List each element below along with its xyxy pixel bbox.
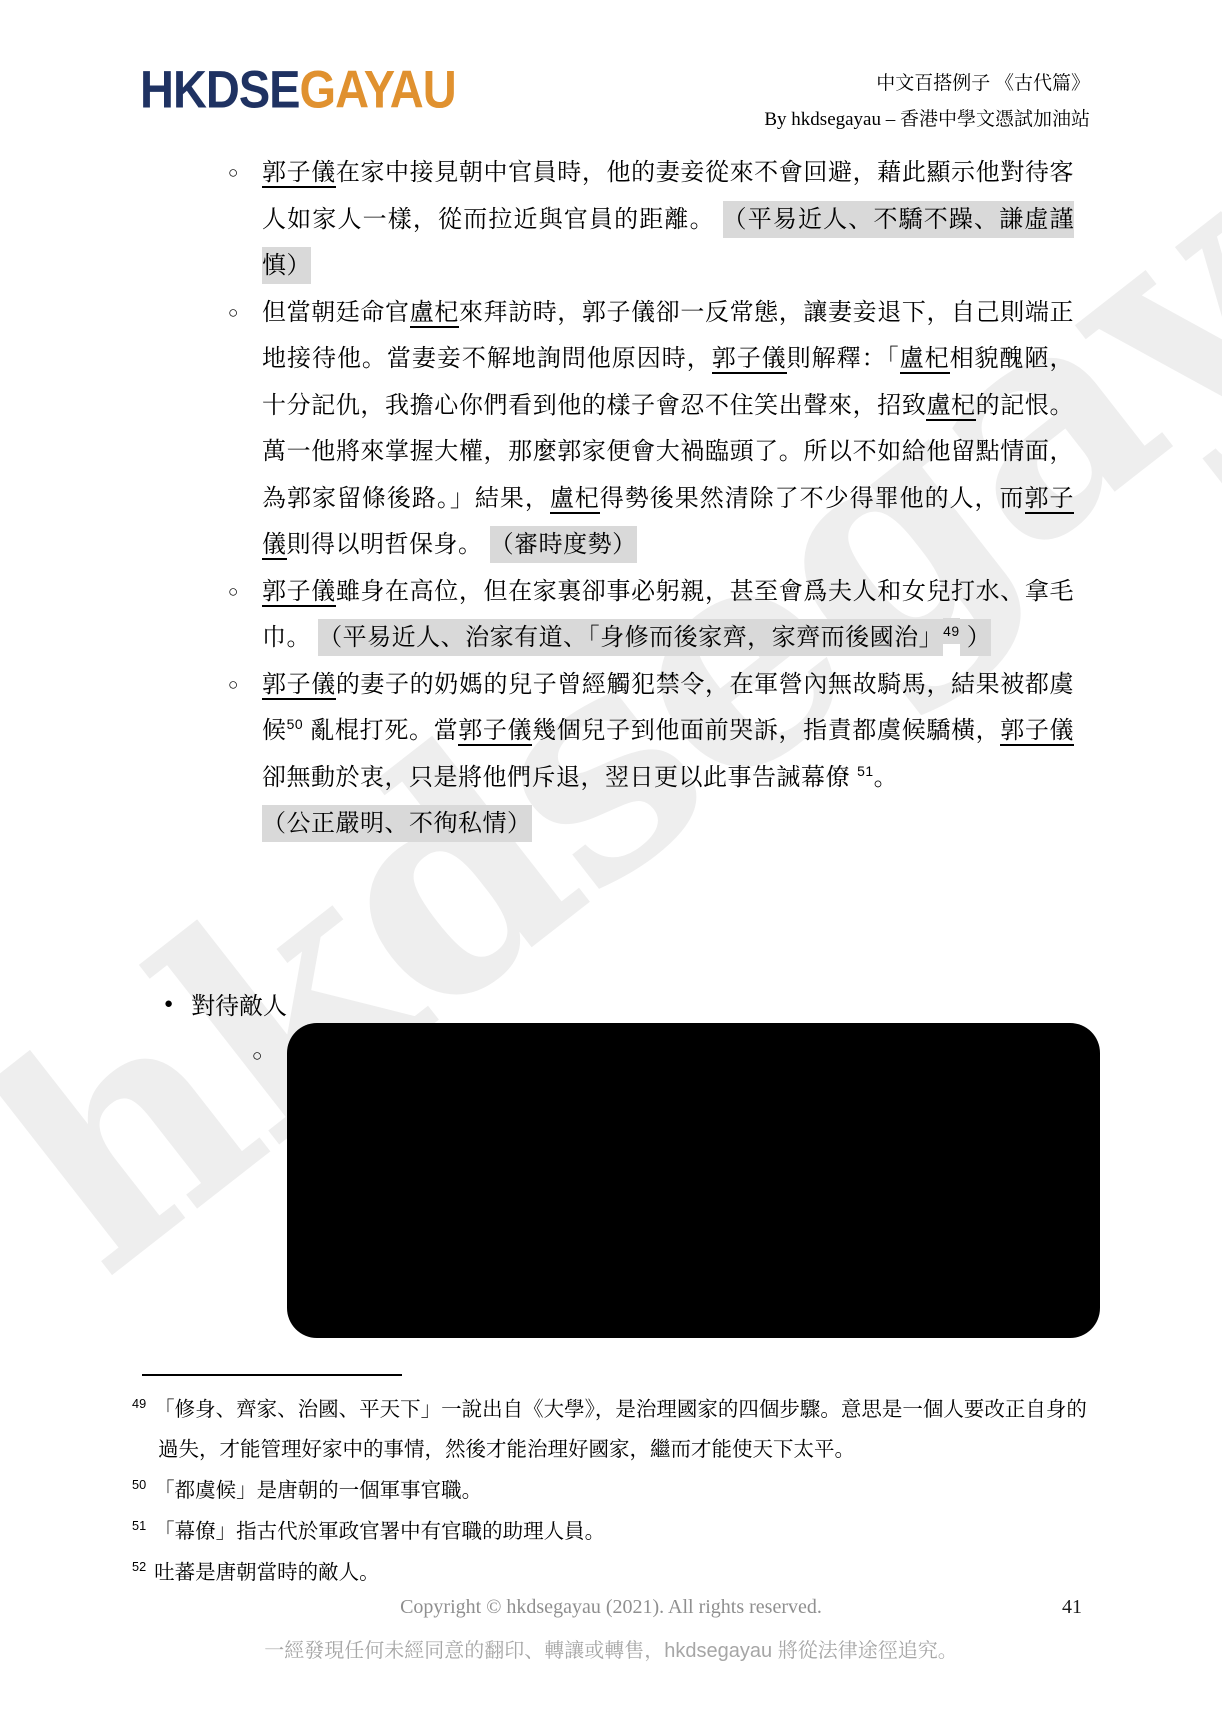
footnote-52: 52吐蕃是唐朝當時的敵人。 [132,1553,1092,1593]
redacted-content-box [287,1023,1100,1338]
doc-title: 中文百搭例子 《古代篇》 [764,66,1090,102]
document-page: hkdsegayau HKDSEGAYAU 中文百搭例子 《古代篇》 By hk… [0,0,1222,1732]
filled-bullet-icon: ● [164,995,173,1012]
text-run: 郭子儀 [712,345,787,374]
text-run: 盧杞 [410,299,459,328]
brand-logo: HKDSEGAYAU [140,58,456,120]
footnote-number: 51 [132,1518,146,1533]
bullet-item: ○但當朝廷命官盧杞來拜訪時，郭子儀卻一反常態，讓妻妾退下，自己則端正地接待他。當… [228,290,1074,569]
text-run: 郭子儀 [262,671,336,700]
bullet-text: 郭子儀在家中接見朝中官員時，他的妻妾從來不會回避，藉此顯示他對待客人如家人一樣，… [262,150,1074,290]
text-run: 。 [874,764,899,791]
footnote-number: 50 [132,1477,146,1492]
doc-subtitle: By hkdsegayau – 香港中學文憑試加油站 [764,102,1090,138]
bullet-item: ○郭子儀在家中接見朝中官員時，他的妻妾從來不會回避，藉此顯示他對待客人如家人一樣… [228,150,1074,290]
text-run: 盧杞 [550,485,600,514]
footnote-text: 「修身、齊家、治國、平天下」一說出自《大學》，是治理國家的四個步驟。意思是一個人… [154,1398,1087,1461]
text-run: 卻無動於衷，只是將他們斥退，翌日更以此事告誡幕僚 [262,764,857,791]
text-run: 郭子儀 [262,159,336,188]
text-run: 51 [857,763,873,779]
bullet-text: 郭子儀的妻子的奶媽的兒子曾經觸犯禁令，在軍營內無故騎馬，結果被都虞候50 亂棍打… [262,662,1074,848]
bullet-text: 但當朝廷命官盧杞來拜訪時，郭子儀卻一反常態，讓妻妾退下，自己則端正地接待他。當妻… [262,290,1074,569]
page-number: 41 [1062,1596,1082,1619]
text-run: 亂棍打死。當 [303,717,458,744]
text-run: 郭子儀 [1000,717,1074,746]
circle-bullet-icon: ○ [228,569,262,662]
text-run: 得勢後果然清除了不少得罪他的人，而 [600,485,1025,512]
text-run: 郭子儀 [458,717,532,746]
footnotes: 49「修身、齊家、治國、平天下」一說出自《大學》，是治理國家的四個步驟。意思是一… [132,1390,1092,1594]
text-run: 49 [943,618,959,644]
footnote-text: 「都虞候」是唐朝的一個軍事官職。 [154,1479,482,1502]
bullet-item: ○郭子儀雖身在高位，但在家裏卻事必躬親，甚至會爲夫人和女兒打水、拿毛巾。 （平易… [228,569,1074,662]
copyright-text: Copyright © hkdsegayau (2021). All right… [0,1596,1222,1619]
circle-bullet-icon: ○ [228,290,262,569]
text-run: 則得以明哲保身。 [287,531,490,558]
text-run: （公正嚴明、不徇私情） [262,805,532,842]
text-run: （平易近人、治家有道、「身修而後家齊，家齊而後國治」 [318,619,943,656]
footnote-51: 51「幕僚」指古代於軍政官署中有官職的助理人員。 [132,1512,1092,1552]
circle-bullet-icon: ○ [228,662,262,848]
text-run: 則解釋：「 [787,345,900,372]
text-run: 盧杞 [926,392,975,421]
logo-primary: HKDSE [140,59,300,118]
circle-bullet-icon: ○ [252,1046,262,1066]
text-run: 幾個兒子到他面前哭訴，指責都虞候驕橫， [532,717,1000,744]
footnote-49: 49「修身、齊家、治國、平天下」一說出自《大學》，是治理國家的四個步驟。意思是一… [132,1390,1092,1470]
section-duidai-diren: ● 對待敵人 [164,986,287,1021]
circle-bullet-icon: ○ [228,150,262,290]
footnote-number: 49 [132,1396,146,1411]
footnote-50: 50「都虞候」是唐朝的一個軍事官職。 [132,1471,1092,1511]
footnote-text: 「幕僚」指古代於軍政官署中有官職的助理人員。 [154,1520,605,1543]
text-run: （審時度勢） [490,526,637,563]
bullet-item: ○郭子儀的妻子的奶媽的兒子曾經觸犯禁令，在軍營內無故騎馬，結果被都虞候50 亂棍… [228,662,1074,848]
logo-secondary: GAYAU [300,59,456,118]
section-label: 對待敵人 [191,986,287,1021]
text-run: 盧杞 [900,345,950,374]
text-run: 郭子儀 [262,578,336,607]
text-run: ） [960,619,992,656]
bullet-list: ○郭子儀在家中接見朝中官員時，他的妻妾從來不會回避，藉此顯示他對待客人如家人一樣… [228,150,1074,848]
footnote-separator [142,1374,402,1376]
legal-text: 一經發現任何未經同意的翻印、轉讓或轉售，hkdsegayau 將從法律途徑追究。 [0,1634,1222,1663]
text-run: 但當朝廷命官 [262,299,410,326]
bullet-text: 郭子儀雖身在高位，但在家裏卻事必躬親，甚至會爲夫人和女兒打水、拿毛巾。 （平易近… [262,569,1074,662]
footnote-number: 52 [132,1559,146,1574]
footnote-text: 吐蕃是唐朝當時的敵人。 [154,1561,380,1584]
header-title-block: 中文百搭例子 《古代篇》 By hkdsegayau – 香港中學文憑試加油站 [764,66,1090,138]
text-run: 50 [287,716,303,732]
